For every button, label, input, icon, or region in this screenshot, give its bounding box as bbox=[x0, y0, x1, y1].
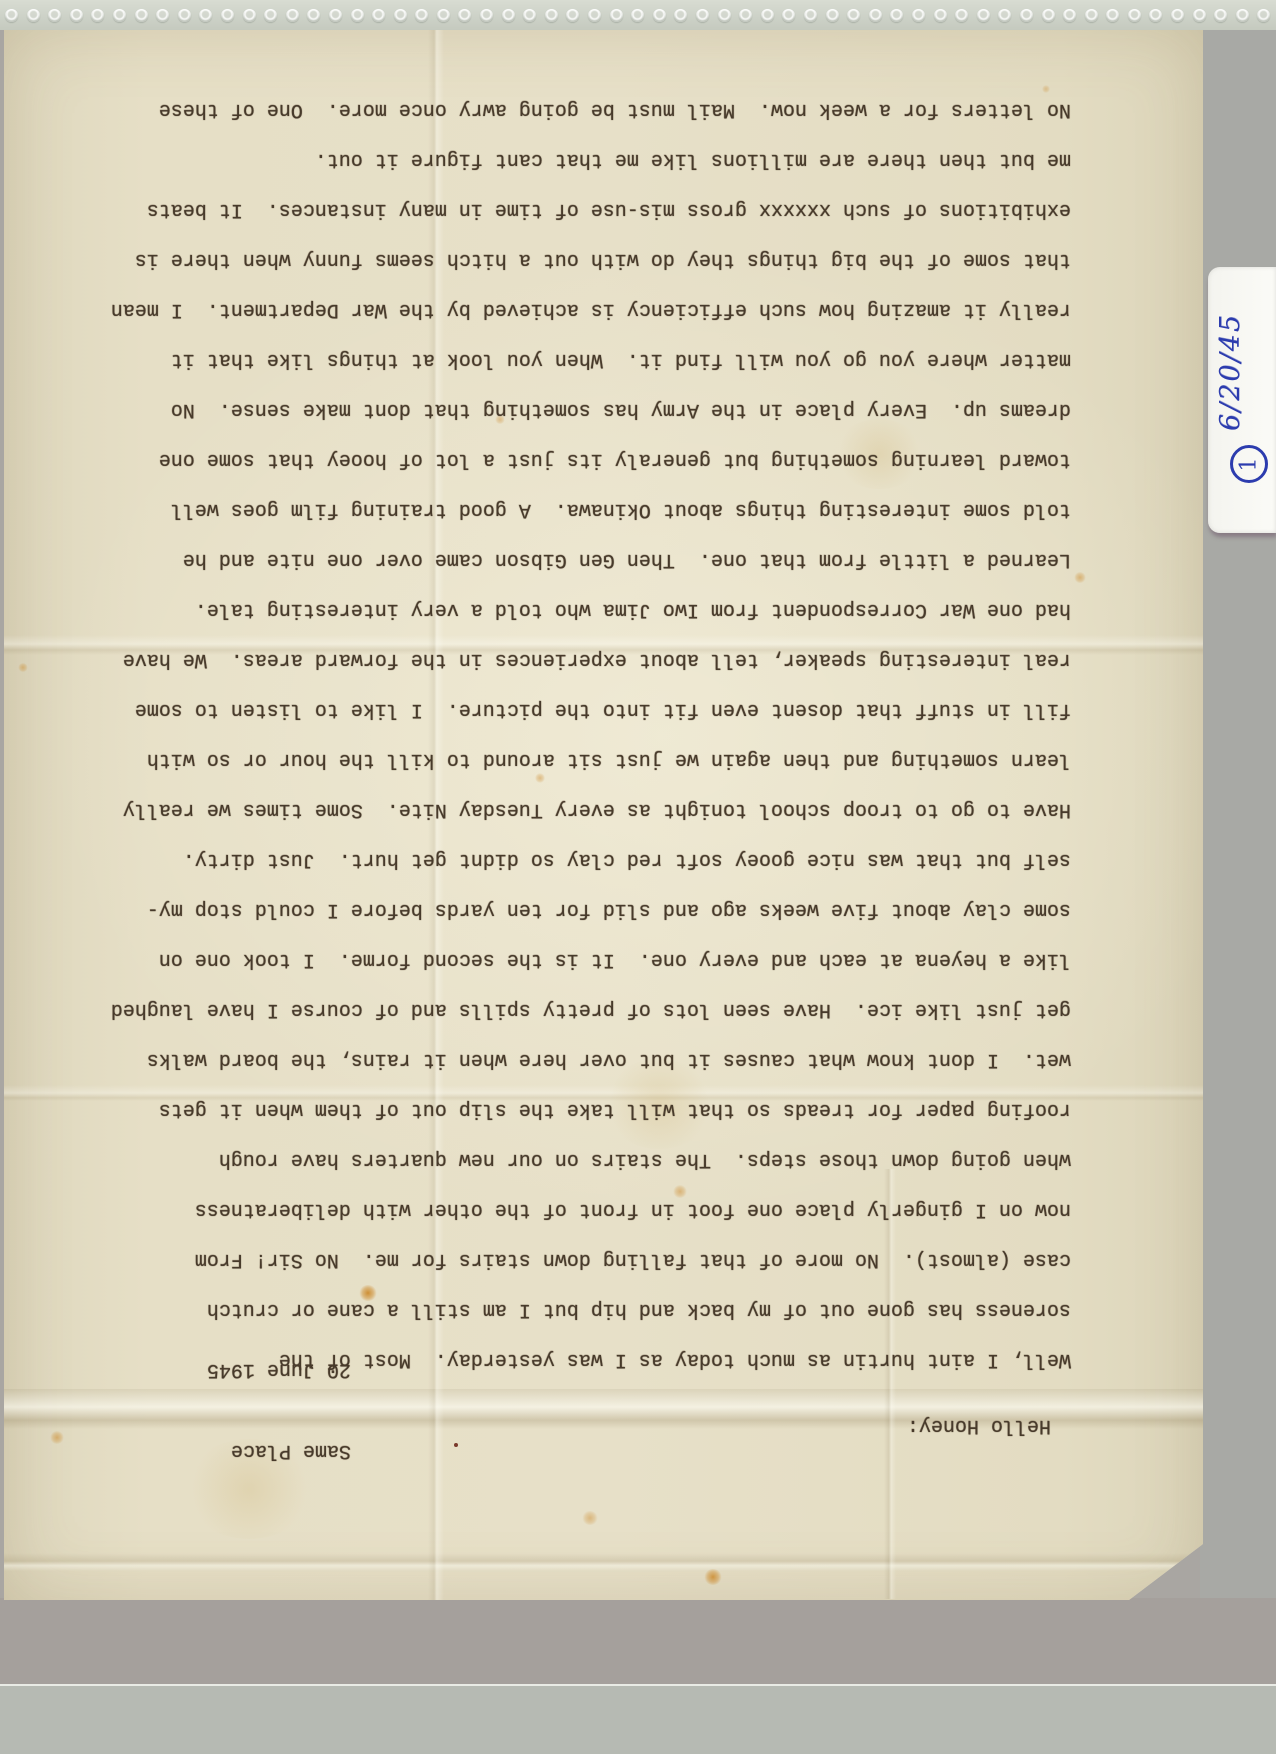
letter-line: self but that was nice gooey soft red cl… bbox=[111, 834, 1071, 884]
binder-hole bbox=[1236, 9, 1249, 22]
letter-line: me but then there are millions like me t… bbox=[111, 134, 1071, 184]
letter-line: case (almost). No more of that falling d… bbox=[111, 1234, 1071, 1284]
binder-hole bbox=[1149, 9, 1162, 22]
binder-hole bbox=[739, 9, 752, 22]
letter-line: roofing paper for treads so that will ta… bbox=[111, 1084, 1071, 1134]
scanner-background-right bbox=[1200, 26, 1276, 1598]
binder-hole bbox=[631, 9, 644, 22]
binder-hole bbox=[588, 9, 601, 22]
letter-line: now on I gingerly place one foot in fron… bbox=[111, 1184, 1071, 1234]
letter-body: Well, I aint hurtin as much today as I w… bbox=[111, 84, 1071, 1384]
binder-hole bbox=[178, 9, 191, 22]
binder-hole bbox=[221, 9, 234, 22]
binder-hole bbox=[761, 9, 774, 22]
binder-hole bbox=[955, 9, 968, 22]
binder-hole bbox=[135, 9, 148, 22]
binder-hole bbox=[351, 9, 364, 22]
letter-line: really it amazing how such efficiency is… bbox=[111, 284, 1071, 334]
binder-hole bbox=[1193, 9, 1206, 22]
binder-hole bbox=[286, 9, 299, 22]
letter-line: learn something and then again we just s… bbox=[111, 734, 1071, 784]
letter-line: exhibitions of such xxxxxx gross mis-use… bbox=[111, 184, 1071, 234]
binder-hole bbox=[977, 9, 990, 22]
letter-line: real interesting speaker, tell about exp… bbox=[111, 634, 1071, 684]
binder-hole bbox=[869, 9, 882, 22]
letter-line: soreness has gone out of my back and hip… bbox=[111, 1284, 1071, 1334]
binder-hole bbox=[934, 9, 947, 22]
binder-hole bbox=[718, 9, 731, 22]
binder-hole bbox=[48, 9, 61, 22]
letter-line: when going down those steps. The stairs … bbox=[111, 1134, 1071, 1184]
binder-hole bbox=[1106, 9, 1119, 22]
binder-hole bbox=[653, 9, 666, 22]
letter-line: told some interesting things about Okina… bbox=[111, 484, 1071, 534]
binder-hole bbox=[394, 9, 407, 22]
binder-hole bbox=[610, 9, 623, 22]
binder-hole bbox=[243, 9, 256, 22]
scanner-background-bottom-light bbox=[0, 1684, 1276, 1754]
archival-label: 6/20/45 1 bbox=[1208, 267, 1276, 533]
binder-hole bbox=[458, 9, 471, 22]
binder-hole bbox=[264, 9, 277, 22]
binder-hole bbox=[199, 9, 212, 22]
binder-hole bbox=[480, 9, 493, 22]
binder-hole bbox=[1063, 9, 1076, 22]
letter-line: some clay about five weeks ago and slid … bbox=[111, 884, 1071, 934]
letter-line: matter where you go you will find it. Wh… bbox=[111, 334, 1071, 384]
binder-hole bbox=[1085, 9, 1098, 22]
binder-hole bbox=[1214, 9, 1227, 22]
letter-line: get just like ice. Have seen lots of pre… bbox=[111, 984, 1071, 1034]
binder-hole bbox=[782, 9, 795, 22]
binder-hole bbox=[1171, 9, 1184, 22]
dateline-place: Same Place bbox=[207, 1437, 351, 1464]
letter-line: Well, I aint hurtin as much today as I w… bbox=[111, 1334, 1071, 1384]
label-page-number: 1 bbox=[1237, 457, 1262, 471]
binder-hole bbox=[523, 9, 536, 22]
letter-paper: Same Place 20 June 1945 Hello Honey: Wel… bbox=[4, 29, 1203, 1600]
binder-hole bbox=[156, 9, 169, 22]
letter-line: like a heyena at each and every one. It … bbox=[111, 934, 1071, 984]
scanned-letter-page: { "document": { "dateline": ["Same Place… bbox=[0, 0, 1276, 1754]
binder-hole bbox=[70, 9, 83, 22]
binder-hole bbox=[372, 9, 385, 22]
binder-hole bbox=[415, 9, 428, 22]
binder-hole bbox=[674, 9, 687, 22]
letter-line: that some of the big things they do with… bbox=[111, 234, 1071, 284]
letter-line: No letters for a week now. Mail must be … bbox=[111, 84, 1071, 134]
binder-hole bbox=[1042, 9, 1055, 22]
letter-line: toward learning something but generaly i… bbox=[111, 434, 1071, 484]
scanner-background-bottom-band bbox=[0, 1598, 1276, 1684]
binder-hole bbox=[804, 9, 817, 22]
binder-hole bbox=[998, 9, 1011, 22]
binder-hole bbox=[1020, 9, 1033, 22]
binder-hole bbox=[912, 9, 925, 22]
letter-greeting: Hello Honey: bbox=[907, 1414, 1051, 1437]
upside-down-letter-content: Same Place 20 June 1945 Hello Honey: Wel… bbox=[4, 29, 1203, 1600]
binder-hole bbox=[5, 9, 18, 22]
binder-hole bbox=[1128, 9, 1141, 22]
binder-hole bbox=[826, 9, 839, 22]
sheet-protector-hole-strip bbox=[0, 0, 1276, 30]
binder-hole bbox=[113, 9, 126, 22]
binder-hole bbox=[437, 9, 450, 22]
binder-hole bbox=[847, 9, 860, 22]
label-handwritten-date: 6/20/45 bbox=[1215, 297, 1249, 447]
binder-hole bbox=[502, 9, 515, 22]
binder-hole bbox=[27, 9, 40, 22]
binder-hole bbox=[566, 9, 579, 22]
letter-line: wet. I dont know what causes it but over… bbox=[111, 1034, 1071, 1084]
label-page-number-circled: 1 bbox=[1230, 445, 1268, 483]
letter-line: fill in stuff that dosent even fit into … bbox=[111, 684, 1071, 734]
letter-line: Have to go to troop school tonight as ev… bbox=[111, 784, 1071, 834]
letter-line: had one War Correspondent from Iwo Jima … bbox=[111, 584, 1071, 634]
letter-line: Learned a little from that one. Then Gen… bbox=[111, 534, 1071, 584]
binder-hole bbox=[1257, 9, 1270, 22]
binder-hole bbox=[307, 9, 320, 22]
binder-hole bbox=[91, 9, 104, 22]
binder-hole bbox=[329, 9, 342, 22]
binder-hole bbox=[890, 9, 903, 22]
letter-line: dreams up. Every place in the Army has s… bbox=[111, 384, 1071, 434]
binder-hole bbox=[696, 9, 709, 22]
binder-hole bbox=[545, 9, 558, 22]
